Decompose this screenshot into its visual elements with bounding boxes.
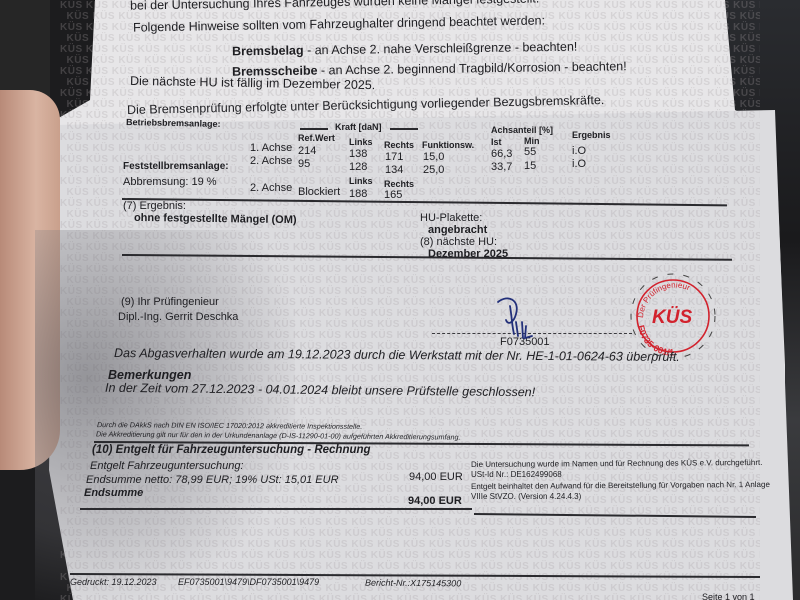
row2-min: 15: [524, 160, 536, 172]
header-links: Links: [349, 137, 373, 147]
page-number: Seite 1 von 1: [702, 592, 755, 600]
header-ergebnis: Ergebnis: [572, 130, 611, 140]
shadow: [35, 230, 295, 600]
svg-text:KÜS: KÜS: [652, 307, 692, 328]
abbremsung: Abbremsung: 19 %: [123, 176, 217, 188]
service-brake-label: Betriebsbremsanlage:: [126, 117, 221, 129]
net-line: Endsumme netto: 78,99 EUR; 19% USt: 15,0…: [86, 474, 339, 486]
kraft-rule-left: [300, 128, 328, 130]
parking-rechts: 165: [384, 189, 402, 201]
row1-axle: 1. Achse: [250, 142, 292, 154]
row2-links: 128: [349, 161, 367, 173]
parking-header-links: Links: [349, 176, 373, 186]
fee-label: Entgelt Fahrzeuguntersuchung:: [90, 460, 244, 472]
row1-ergebnis: i.O: [572, 145, 586, 157]
row1-funktion: 15,0: [423, 151, 444, 163]
row1-ref: 214: [298, 145, 316, 157]
engineer-name: Dipl.-Ing. Gerrit Deschka: [118, 311, 238, 323]
header-ref: Ref.Wert: [298, 133, 335, 143]
header-kraft: Kraft [daN]: [335, 122, 382, 132]
row2-ist: 33,7: [491, 161, 512, 173]
parking-brake-label: Feststellbremsanlage:: [123, 161, 229, 172]
remarks-label: Bemerkungen: [108, 368, 191, 382]
row1-links: 138: [349, 148, 367, 160]
header-funktion: Funktionsw.: [422, 140, 474, 150]
background-dark: [0, 0, 50, 100]
parking-header-rechts: Rechts: [384, 179, 414, 189]
plakette-label: HU-Plakette:: [420, 212, 482, 224]
fee-value: 94,00 EUR: [409, 471, 463, 483]
row2-ref: 95: [298, 158, 310, 170]
print-codes: EF0735001\9479\DF0735001\9479: [178, 577, 319, 587]
header-min: Min: [524, 136, 540, 146]
plakette-value: angebracht: [428, 224, 487, 236]
parking-links: 188: [349, 188, 367, 200]
row2-rechts: 134: [385, 164, 403, 176]
row2-axle: 2. Achse: [250, 155, 292, 167]
invoice-note-2: USt-Id Nr.: DE162499068: [471, 470, 562, 479]
row2-funktion: 25,0: [423, 164, 444, 176]
header-achsanteil: Achsanteil [%]: [491, 125, 553, 135]
parking-ref: Blockiert: [298, 186, 340, 198]
kues-stamp: Der Prüfingenieur F0735-001/1 KÜS: [628, 270, 718, 358]
total-value: 94,00 EUR: [408, 495, 462, 507]
signature: [494, 296, 544, 340]
invoice-note-4: VIIIe StVZO. (Version 4.24.4.3): [471, 492, 581, 501]
header-ist: Ist: [491, 137, 502, 147]
result-label: (7) Ergebnis:: [123, 200, 186, 212]
row1-min: 55: [524, 146, 536, 158]
printed-date: Gedruckt: 19.12.2023: [70, 577, 157, 587]
row2-ergebnis: i.O: [572, 158, 586, 170]
report-number: Bericht-Nr.:X175145300: [365, 578, 461, 589]
row1-rechts: 171: [385, 151, 403, 163]
total-label: Endsumme: [84, 487, 143, 499]
row1-ist: 66,3: [491, 148, 512, 160]
next-hu-label: (8) nächste HU:: [420, 236, 497, 248]
invoice-title: (10) Entgelt für Fahrzeuguntersuchung - …: [92, 444, 371, 456]
kraft-rule-right: [390, 128, 418, 130]
engineer-label: (9) Ihr Prüfingenieur: [121, 296, 219, 308]
result-value: ohne festgestellte Mängel (OM): [134, 212, 297, 226]
header-rechts: Rechts: [384, 140, 414, 150]
divider-invoice-left: [80, 508, 472, 510]
parking-axle: 2. Achse: [250, 182, 292, 194]
